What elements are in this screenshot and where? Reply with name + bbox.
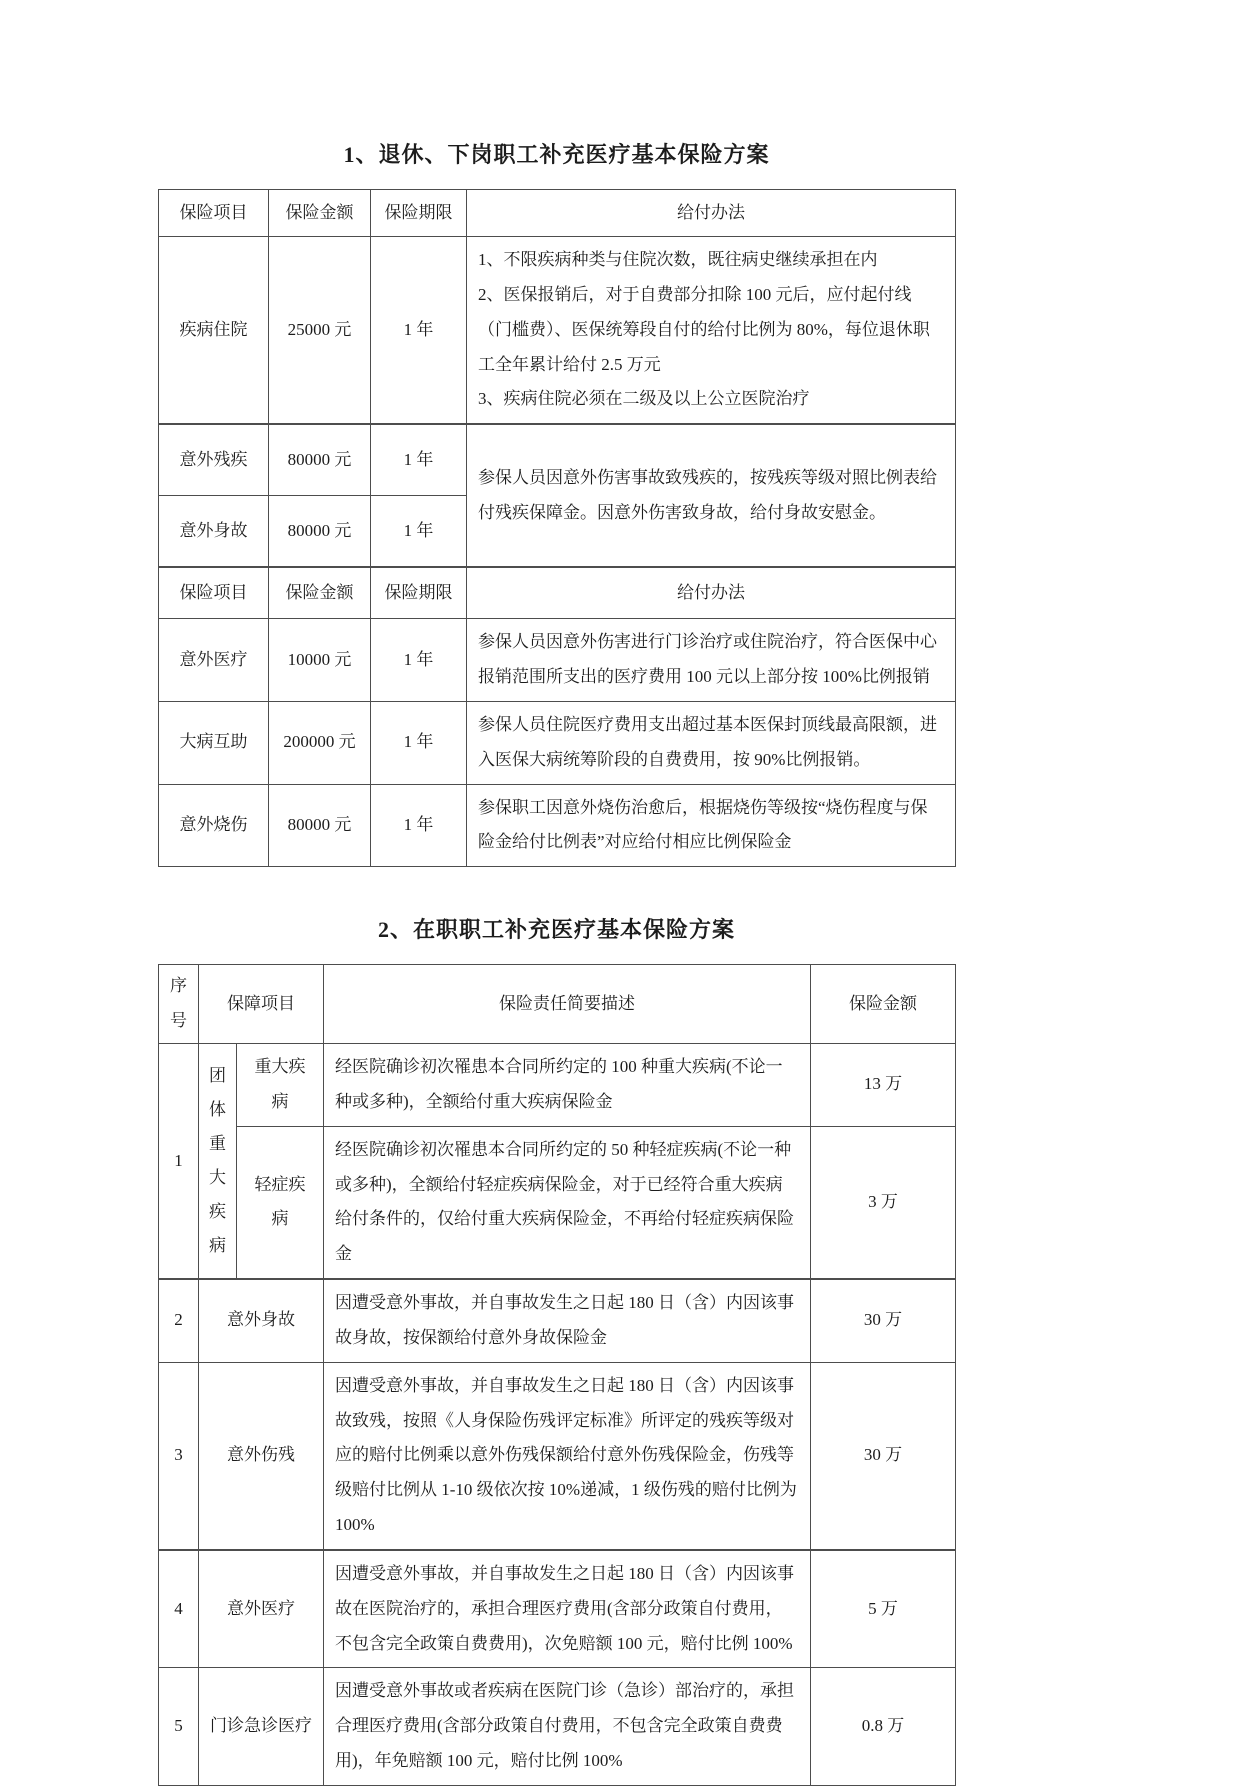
table-row: 轻症疾病 经医院确诊初次罹患本合同所约定的 50 种轻症疾病(不论一种或多种)，… [159, 1126, 956, 1279]
sub-item-cell: 重大疾病 [237, 1043, 324, 1126]
group-cell: 团体重大疾病 [199, 1043, 237, 1279]
table-row: 4 意外医疗 因遭受意外事故，并自事故发生之日起 180 日（含）内因该事故在医… [159, 1550, 956, 1668]
retired-plan-table: 保险项目 保险金额 保险期限 给付办法 疾病住院 25000 元 1 年 1、不… [158, 189, 956, 867]
header-method: 给付办法 [467, 567, 956, 619]
seq-cell: 3 [159, 1362, 199, 1550]
table-row: 2 意外身故 因遭受意外事故，并自事故发生之日起 180 日（含）内因该事故身故… [159, 1279, 956, 1362]
item-cell: 意外残疾 [159, 424, 269, 496]
amount-cell: 30 万 [811, 1362, 956, 1550]
item-cell: 意外身故 [159, 496, 269, 568]
amount-cell: 13 万 [811, 1043, 956, 1126]
header-liability-desc: 保险责任简要描述 [324, 965, 811, 1044]
header-seq: 序号 [159, 965, 199, 1044]
desc-cell: 经医院确诊初次罹患本合同所约定的 50 种轻症疾病(不论一种或多种)，全额给付轻… [324, 1126, 811, 1279]
sub-item-cell: 轻症疾病 [237, 1126, 324, 1279]
table-header-row: 序号 保障项目 保险责任简要描述 保险金额 [159, 965, 956, 1044]
header-period: 保险期限 [371, 190, 467, 237]
header-item: 保险项目 [159, 190, 269, 237]
section2-title: 2、在职职工补充医疗基本保险方案 [158, 913, 955, 944]
header-method: 给付办法 [467, 190, 956, 237]
seq-cell: 1 [159, 1043, 199, 1279]
document-page: 1、退休、下岗职工补充医疗基本保险方案 保险项目 保险金额 保险期限 给付办法 … [0, 0, 1240, 1786]
table-row: 意外医疗 10000 元 1 年 参保人员因意外伤害进行门诊治疗或住院治疗，符合… [159, 619, 956, 702]
item-cell: 意外伤残 [199, 1362, 324, 1550]
item-cell: 意外医疗 [199, 1550, 324, 1668]
table-header-row-repeat: 保险项目 保险金额 保险期限 给付办法 [159, 567, 956, 619]
period-cell: 1 年 [371, 784, 467, 867]
header-item: 保险项目 [159, 567, 269, 619]
active-plan-table: 序号 保障项目 保险责任简要描述 保险金额 1 团体重大疾病 重大疾病 经医院确… [158, 964, 956, 1786]
header-coverage-item: 保障项目 [199, 965, 324, 1044]
amount-cell: 80000 元 [269, 496, 371, 568]
amount-cell: 80000 元 [269, 784, 371, 867]
item-cell: 意外身故 [199, 1279, 324, 1362]
amount-cell: 3 万 [811, 1126, 956, 1279]
period-cell: 1 年 [371, 701, 467, 784]
period-cell: 1 年 [371, 496, 467, 568]
table-row: 5 门诊急诊医疗 因遭受意外事故或者疾病在医院门诊（急诊）部治疗的，承担合理医疗… [159, 1668, 956, 1786]
amount-cell: 80000 元 [269, 424, 371, 496]
table-row: 疾病住院 25000 元 1 年 1、不限疾病种类与住院次数，既往病史继续承担在… [159, 237, 956, 425]
amount-cell: 30 万 [811, 1279, 956, 1362]
table-row: 3 意外伤残 因遭受意外事故，并自事故发生之日起 180 日（含）内因该事故致残… [159, 1362, 956, 1550]
header-amount: 保险金额 [269, 190, 371, 237]
section1-title: 1、退休、下岗职工补充医疗基本保险方案 [158, 138, 955, 169]
item-cell: 大病互助 [159, 701, 269, 784]
method-cell-shared: 参保人员因意外伤害事故致残疾的，按残疾等级对照比例表给付残疾保障金。因意外伤害致… [467, 424, 956, 567]
item-cell: 意外医疗 [159, 619, 269, 702]
header-amount: 保险金额 [269, 567, 371, 619]
method-cell: 1、不限疾病种类与住院次数，既往病史继续承担在内 2、医保报销后，对于自费部分扣… [467, 237, 956, 425]
table-header-row: 保险项目 保险金额 保险期限 给付办法 [159, 190, 956, 237]
period-cell: 1 年 [371, 424, 467, 496]
desc-cell: 因遭受意外事故，并自事故发生之日起 180 日（含）内因该事故致残，按照《人身保… [324, 1362, 811, 1550]
header-sum-insured: 保险金额 [811, 965, 956, 1044]
header-period: 保险期限 [371, 567, 467, 619]
desc-cell: 经医院确诊初次罹患本合同所约定的 100 种重大疾病(不论一种或多种)，全额给付… [324, 1043, 811, 1126]
desc-cell: 因遭受意外事故，并自事故发生之日起 180 日（含）内因该事故在医院治疗的，承担… [324, 1550, 811, 1668]
amount-cell: 10000 元 [269, 619, 371, 702]
table-row: 意外烧伤 80000 元 1 年 参保职工因意外烧伤治愈后，根据烧伤等级按“烧伤… [159, 784, 956, 867]
item-cell: 意外烧伤 [159, 784, 269, 867]
table-row: 大病互助 200000 元 1 年 参保人员住院医疗费用支出超过基本医保封顶线最… [159, 701, 956, 784]
amount-cell: 200000 元 [269, 701, 371, 784]
amount-cell: 0.8 万 [811, 1668, 956, 1786]
method-cell: 参保人员因意外伤害进行门诊治疗或住院治疗，符合医保中心报销范围所支出的医疗费用 … [467, 619, 956, 702]
amount-cell: 25000 元 [269, 237, 371, 425]
seq-cell: 4 [159, 1550, 199, 1668]
period-cell: 1 年 [371, 237, 467, 425]
item-cell: 疾病住院 [159, 237, 269, 425]
method-cell: 参保人员住院医疗费用支出超过基本医保封顶线最高限额，进入医保大病统筹阶段的自费费… [467, 701, 956, 784]
amount-cell: 5 万 [811, 1550, 956, 1668]
table-row: 1 团体重大疾病 重大疾病 经医院确诊初次罹患本合同所约定的 100 种重大疾病… [159, 1043, 956, 1126]
period-cell: 1 年 [371, 619, 467, 702]
desc-cell: 因遭受意外事故，并自事故发生之日起 180 日（含）内因该事故身故，按保额给付意… [324, 1279, 811, 1362]
seq-cell: 5 [159, 1668, 199, 1786]
table-row: 意外残疾 80000 元 1 年 参保人员因意外伤害事故致残疾的，按残疾等级对照… [159, 424, 956, 496]
item-cell: 门诊急诊医疗 [199, 1668, 324, 1786]
desc-cell: 因遭受意外事故或者疾病在医院门诊（急诊）部治疗的，承担合理医疗费用(含部分政策自… [324, 1668, 811, 1786]
seq-cell: 2 [159, 1279, 199, 1362]
method-cell: 参保职工因意外烧伤治愈后，根据烧伤等级按“烧伤程度与保险金给付比例表”对应给付相… [467, 784, 956, 867]
